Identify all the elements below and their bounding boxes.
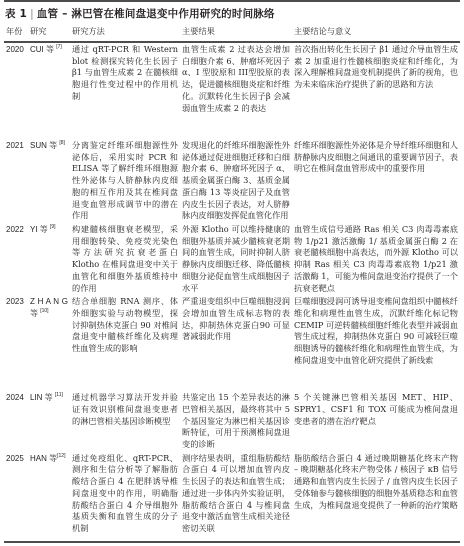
cell-method: 通过机器学习算法开发并验证有效识别椎间盘退变患者的淋巴管相关基因诊断模型 [70, 391, 180, 452]
cell-method: 结合单细胞 RNA 测序、体外细胞实验与动物模型，探讨抑制热休克蛋白 90 对椎… [70, 295, 180, 391]
reference-link[interactable]: [10] [40, 308, 48, 314]
study-author: Z H A N G 等 [30, 297, 68, 318]
cell-method: 分离鉴定纤维环细胞源性外泌体后，采用实时 PCR 和 ELISA 等了解纤维环细… [70, 139, 180, 223]
cell-study: Z H A N G 等 [10] [28, 295, 70, 391]
reference-link[interactable]: [8] [59, 140, 65, 146]
study-author: CUI 等 [30, 45, 54, 54]
cell-method: 构建髓核细胞衰老模型，采用细胞转染、免疫荧光染色等方法研究抗衰老蛋白 Kloth… [70, 223, 180, 295]
cell-result: 发现退化的纤维环细胞源性外泌体通过促进细胞迁移和白细胞介素 6、肿瘤坏死因子 α… [180, 139, 292, 223]
cell-conclusion: 血管生成信号通路 Ras 相关 C3 肉毒毒素底物 1/p21 激活激酶 1/ … [292, 223, 460, 295]
cell-year: 2025 [4, 452, 28, 542]
study-author: HAN 等 [30, 454, 57, 463]
cell-result: 测序结果表明，重组脂肪酸结合蛋白 4 可以增加血管内皮生长因子的表达和血管生成；… [180, 452, 292, 542]
cell-result: 血管生成素 2 过表达会增加白细胞介素 6、肿瘤坏死因子 α、I 型胶原和 II… [180, 42, 292, 139]
cell-year: 2024 [4, 391, 28, 452]
cell-study: SUN 等 [8] [28, 139, 70, 223]
table-row: 2020 CUI 等 [7] 通过 qRT-PCR 和 Western blot… [4, 42, 460, 139]
table-label: 表 1 [5, 8, 27, 20]
cell-study: YI 等 [9] [28, 223, 70, 295]
study-author: SUN 等 [30, 141, 57, 150]
table-row: 2025 HAN 等[12] 通过免疫组化、qRT-PCR、测序和生信分析等了解… [4, 452, 460, 542]
cell-study: HAN 等[12] [28, 452, 70, 542]
header-method: 研究方法 [70, 22, 180, 42]
cell-conclusion: 纤维环细胞源性外泌体是介导纤维环细胞和人脐静脉内皮细胞之间通讯的重要调节因子，表… [292, 139, 460, 223]
header-study: 研究 [28, 22, 70, 42]
header-year: 年份 [4, 22, 28, 42]
reference-link[interactable]: [12] [57, 453, 65, 459]
cell-conclusion: 巨噬细胞浸润可诱导退变椎间盘组织中髓核纤维化和病理性血管生成，沉默纤维化标记物 … [292, 295, 460, 391]
cell-result: 严重退变组织中巨噬细胞浸润会增加血管生成标志物的表达，抑制热休克蛋白90 可显著… [180, 295, 292, 391]
cell-study: CUI 等 [7] [28, 42, 70, 139]
cell-year: 2022 [4, 223, 28, 295]
cell-conclusion: 5 个关键淋巴管相关基因 MET、HIP、SPRY1、CSF1 和 TOX 可能… [292, 391, 460, 452]
cell-year: 2023 [4, 295, 28, 391]
reference-link[interactable]: [11] [55, 392, 63, 398]
cell-conclusion: 首次指出转化生长因子 β1 通过介导血管生成素 2 加重退行性髓核细胞炎症和纤维… [292, 42, 460, 139]
table-row: 2024 LIN 等 [11] 通过机器学习算法开发并验证有效识别椎间盘退变患者… [4, 391, 460, 452]
caption-text: 血管 – 淋巴管在椎间盘退变中作用研究的时间脉络 [37, 8, 275, 20]
header-conclusion: 主要结论与意义 [292, 22, 460, 42]
study-author: LIN 等 [30, 393, 53, 402]
reference-link[interactable]: [9] [50, 224, 56, 230]
header-row: 年份 研究 研究方法 主要结果 主要结论与意义 [4, 22, 460, 42]
cell-method: 通过免疫组化、qRT-PCR、测序和生信分析等了解脂肪酸结合蛋白 4 在肥胖诱导… [70, 452, 180, 542]
table-row: 2023 Z H A N G 等 [10] 结合单细胞 RNA 测序、体外细胞实… [4, 295, 460, 391]
table-row: 2021 SUN 等 [8] 分离鉴定纤维环细胞源性外泌体后，采用实时 PCR … [4, 139, 460, 223]
cell-method: 通过 qRT-PCR 和 Western blot 检测探究转化生长因子 β1 … [70, 42, 180, 139]
study-author: YI 等 [30, 225, 48, 234]
cell-result: 外源 Klotho 可以维持健康的细胞外基质并减少髓核衰老期间的血管生成，同时抑… [180, 223, 292, 295]
cell-year: 2020 [4, 42, 28, 139]
cell-study: LIN 等 [11] [28, 391, 70, 452]
cell-result: 共鉴定出 15 个差异表达的淋巴管相关基因，最终将其中 5 个基因鉴定为淋巴相关… [180, 391, 292, 452]
table-row: 2022 YI 等 [9] 构建髓核细胞衰老模型，采用细胞转染、免疫荧光染色等方… [4, 223, 460, 295]
cell-conclusion: 脂肪酸结合蛋白 4 通过晚期糖基化终末产物 – 晚期糖基化终末产物受体 / 核因… [292, 452, 460, 542]
cell-year: 2021 [4, 139, 28, 223]
header-result: 主要结果 [180, 22, 292, 42]
table-figure: 表 1|血管 – 淋巴管在椎间盘退变中作用研究的时间脉络 年份 研究 研究方法 … [0, 0, 464, 543]
reference-link[interactable]: [7] [56, 44, 62, 50]
table-caption: 表 1|血管 – 淋巴管在椎间盘退变中作用研究的时间脉络 [0, 2, 464, 22]
timeline-table: 年份 研究 研究方法 主要结果 主要结论与意义 2020 CUI 等 [7] 通… [4, 22, 460, 543]
caption-separator: | [30, 8, 34, 20]
